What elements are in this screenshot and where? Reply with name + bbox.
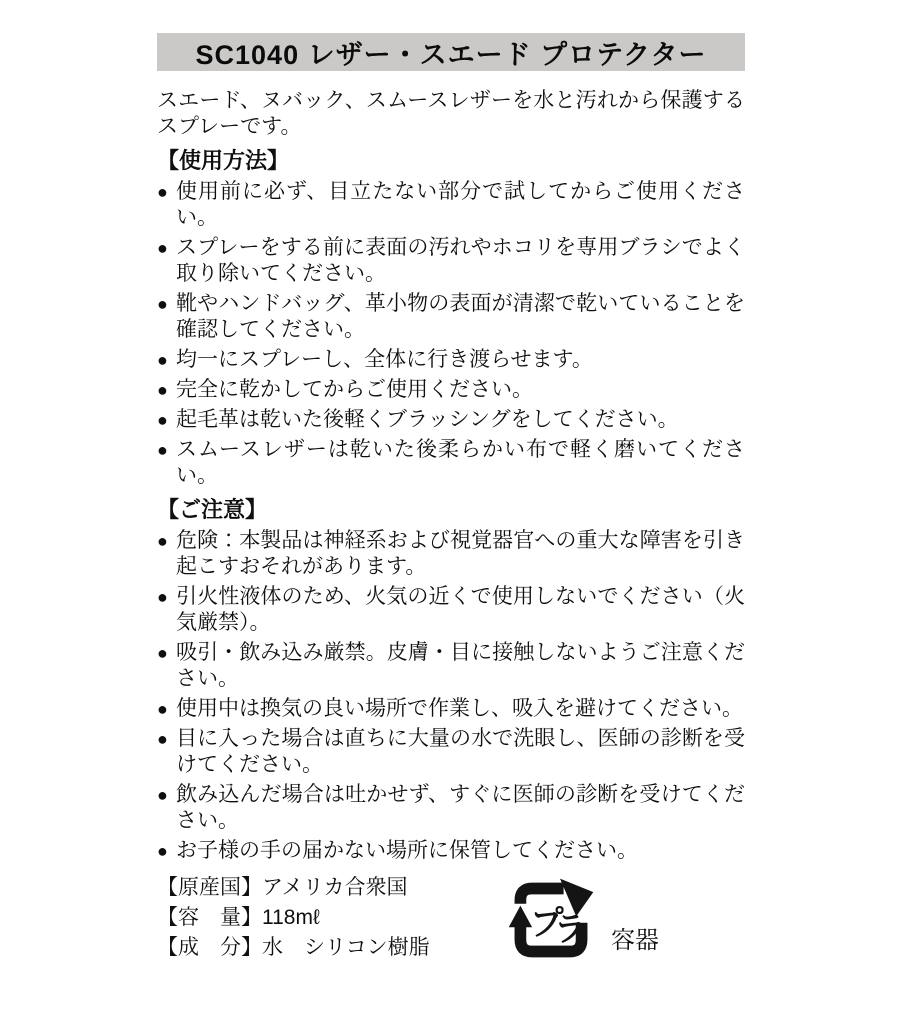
recycle-mark-group: プ ラ 容器 bbox=[505, 875, 659, 965]
usage-item-text: スムースレザーは乾いた後柔らかい布で軽く磨いてください。 bbox=[176, 437, 745, 489]
list-item: ● 目に入った場合は直ちに大量の水で洗眼し、医師の診断を受けてください。 bbox=[157, 726, 745, 778]
bullet-icon: ● bbox=[157, 640, 176, 692]
list-item: ● 吸引・飲み込み厳禁。皮膚・目に接触しないようご注意ください。 bbox=[157, 640, 745, 692]
bullet-icon: ● bbox=[157, 528, 176, 580]
caution-item-text: 飲み込んだ場合は吐かせず、すぐに医師の診断を受けてください。 bbox=[176, 782, 745, 834]
detail-value: アメリカ合衆国 bbox=[262, 873, 408, 903]
caution-item-text: 危険：本製品は神経系および視覚器官への重大な障害を引き起こすおそれがあります。 bbox=[176, 528, 745, 580]
bullet-icon: ● bbox=[157, 235, 176, 287]
usage-item-text: 使用前に必ず、目立たない部分で試してからご使用ください。 bbox=[176, 179, 745, 231]
usage-item-text: スプレーをする前に表面の汚れやホコリを専用ブラシでよく取り除いてください。 bbox=[176, 235, 745, 287]
usage-list: ● 使用前に必ず、目立たない部分で試してからご使用ください。 ● スプレーをする… bbox=[157, 179, 745, 489]
detail-value: 水 シリコン樹脂 bbox=[262, 933, 430, 963]
detail-label: 【成 分】 bbox=[157, 933, 262, 963]
page-title: SC1040 レザー・スエード プロテクター bbox=[196, 33, 707, 72]
product-label-page: SC1040 レザー・スエード プロテクター スエード、ヌバック、スムースレザー… bbox=[0, 0, 900, 1013]
list-item: ● スムースレザーは乾いた後柔らかい布で軽く磨いてください。 bbox=[157, 437, 745, 489]
bullet-icon: ● bbox=[157, 291, 176, 343]
caution-item-text: 目に入った場合は直ちに大量の水で洗眼し、医師の診断を受けてください。 bbox=[176, 726, 745, 778]
bullet-icon: ● bbox=[157, 696, 176, 722]
caution-item-text: 吸引・飲み込み厳禁。皮膚・目に接触しないようご注意ください。 bbox=[176, 640, 745, 692]
bullet-icon: ● bbox=[157, 782, 176, 834]
bullet-icon: ● bbox=[157, 838, 176, 864]
list-item: ● 使用中は換気の良い場所で作業し、吸入を避けてください。 bbox=[157, 696, 745, 722]
usage-item-text: 起毛革は乾いた後軽くブラッシングをしてください。 bbox=[176, 407, 745, 433]
usage-item-text: 均一にスプレーし、全体に行き渡らせます。 bbox=[176, 347, 745, 373]
recycle-container-label: 容器 bbox=[597, 929, 659, 965]
bullet-icon: ● bbox=[157, 437, 176, 489]
detail-label: 【容 量】 bbox=[157, 903, 262, 933]
bullet-icon: ● bbox=[157, 726, 176, 778]
usage-item-text: 靴やハンドバッグ、革小物の表面が清潔で乾いていることを確認してください。 bbox=[176, 291, 745, 343]
title-bar: SC1040 レザー・スエード プロテクター bbox=[157, 33, 745, 71]
caution-item-text: お子様の手の届かない場所に保管してください。 bbox=[176, 838, 745, 864]
list-item: ● お子様の手の届かない場所に保管してください。 bbox=[157, 838, 745, 864]
list-item: ● スプレーをする前に表面の汚れやホコリを専用ブラシでよく取り除いてください。 bbox=[157, 235, 745, 287]
usage-item-text: 完全に乾かしてからご使用ください。 bbox=[176, 377, 745, 403]
detail-label: 【原産国】 bbox=[157, 873, 262, 903]
list-item: ● 起毛革は乾いた後軽くブラッシングをしてください。 bbox=[157, 407, 745, 433]
product-details: 【原産国】 アメリカ合衆国 【容 量】 118mℓ 【成 分】 水 シリコン樹脂 bbox=[157, 873, 745, 973]
list-item: ● 引火性液体のため、火気の近くで使用しないでください（火気厳禁）。 bbox=[157, 584, 745, 636]
list-item: ● 均一にスプレーし、全体に行き渡らせます。 bbox=[157, 347, 745, 373]
bullet-icon: ● bbox=[157, 584, 176, 636]
list-item: ● 使用前に必ず、目立たない部分で試してからご使用ください。 bbox=[157, 179, 745, 231]
recycle-mark-char: ラ bbox=[554, 912, 587, 949]
detail-value: 118mℓ bbox=[262, 903, 320, 933]
list-item: ● 飲み込んだ場合は吐かせず、すぐに医師の診断を受けてください。 bbox=[157, 782, 745, 834]
bullet-icon: ● bbox=[157, 407, 176, 433]
product-description: スエード、ヌバック、スムースレザーを水と汚れから保護するスプレーです。 bbox=[157, 88, 745, 140]
caution-item-text: 引火性液体のため、火気の近くで使用しないでください（火気厳禁）。 bbox=[176, 584, 745, 636]
caution-list: ● 危険：本製品は神経系および視覚器官への重大な障害を引き起こすおそれがあります… bbox=[157, 528, 745, 864]
plastic-recycle-icon: プ ラ bbox=[505, 875, 597, 965]
label-content: SC1040 レザー・スエード プロテクター スエード、ヌバック、スムースレザー… bbox=[157, 33, 745, 973]
usage-section-heading: 【使用方法】 bbox=[157, 147, 745, 174]
list-item: ● 靴やハンドバッグ、革小物の表面が清潔で乾いていることを確認してください。 bbox=[157, 291, 745, 343]
bullet-icon: ● bbox=[157, 347, 176, 373]
bullet-icon: ● bbox=[157, 377, 176, 403]
list-item: ● 完全に乾かしてからご使用ください。 bbox=[157, 377, 745, 403]
caution-section-heading: 【ご注意】 bbox=[157, 496, 745, 523]
caution-item-text: 使用中は換気の良い場所で作業し、吸入を避けてください。 bbox=[176, 696, 745, 722]
list-item: ● 危険：本製品は神経系および視覚器官への重大な障害を引き起こすおそれがあります… bbox=[157, 528, 745, 580]
bullet-icon: ● bbox=[157, 179, 176, 231]
